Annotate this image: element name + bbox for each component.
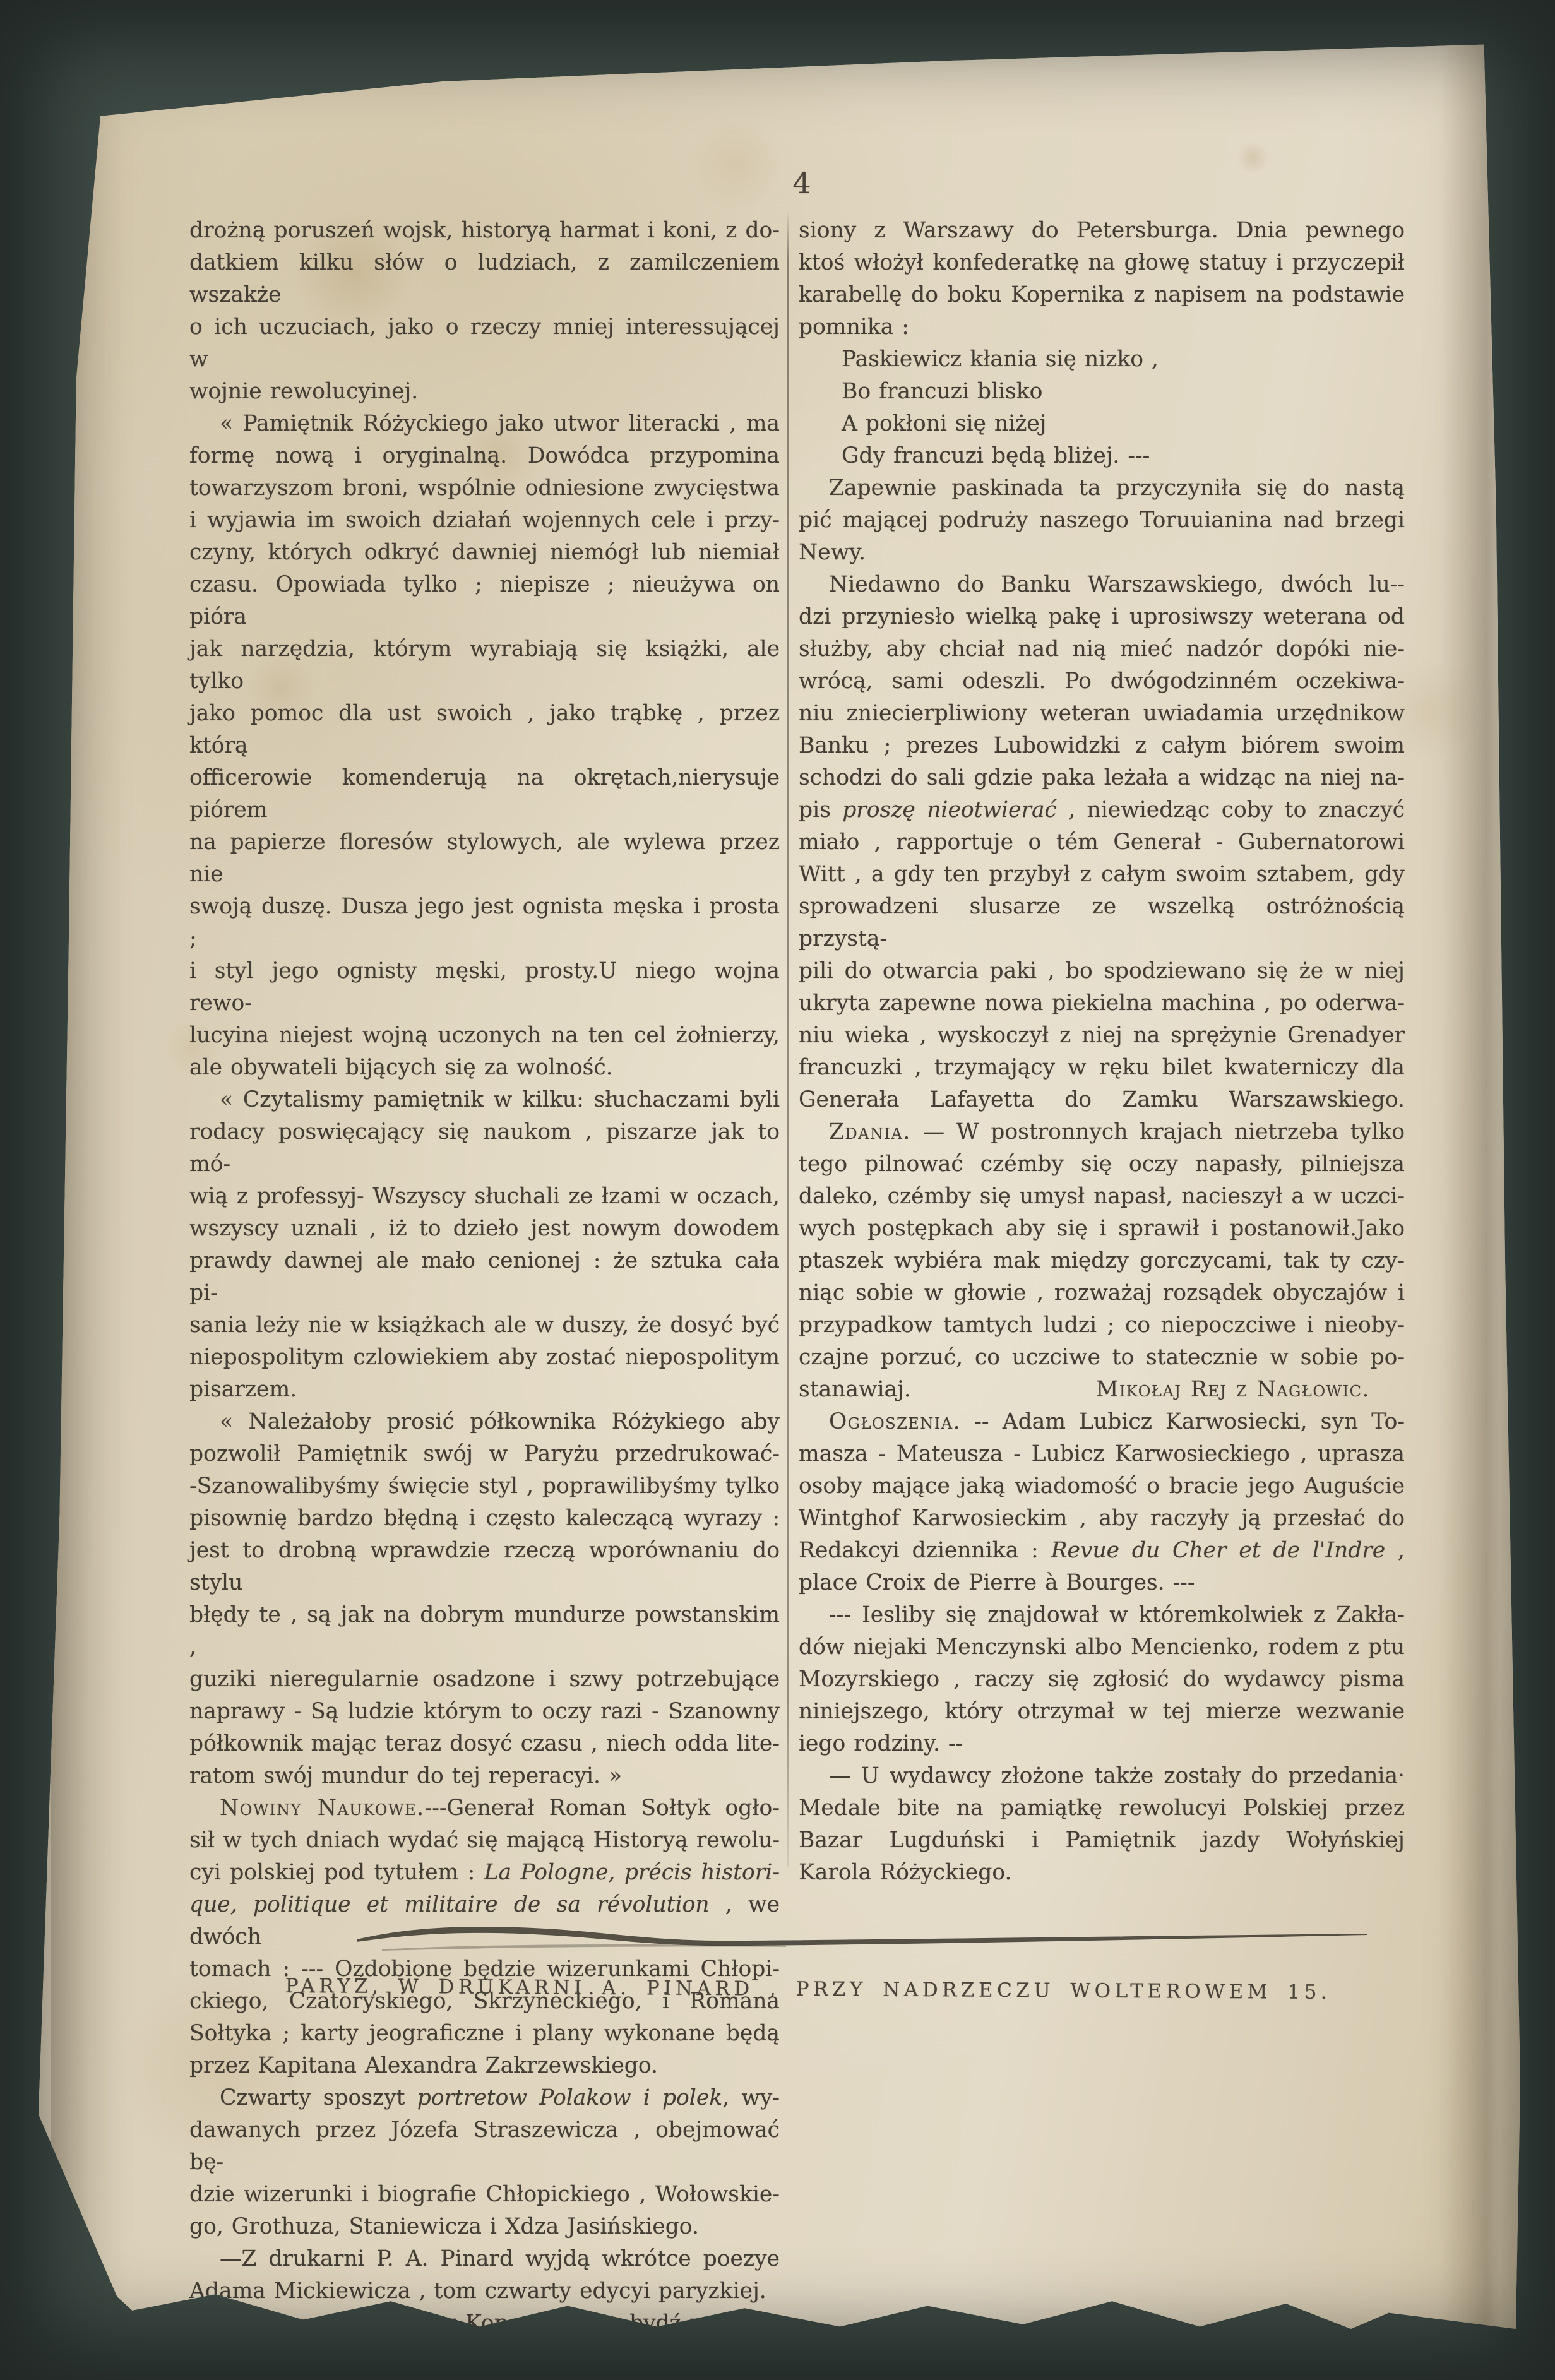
text-line: czasu. Opowiada tylko ; niepisze ; nieuż… [189, 569, 780, 633]
text-line: jako pomoc dla ust swoich , jako trąbkę … [189, 698, 780, 762]
text-line: pomnika : [799, 311, 1405, 343]
text-line: niniejszego, który otrzymał w tej mierze… [799, 1696, 1405, 1728]
text-line: iego rodziny. -- [799, 1728, 1405, 1760]
paper-left-edge-shadow [51, 28, 126, 2336]
text-line: Sołtyka ; karty jeograficzne i plany wyk… [189, 2018, 780, 2050]
text-line: daleko, czémby się umysł napasł, naciesz… [799, 1181, 1405, 1213]
text-line: siony z Warszawy do Petersburga. Dnia pe… [799, 215, 1405, 247]
text-line: Wintghof Karwosieckim , aby raczyły ją p… [799, 1502, 1405, 1535]
text-line: officerowie komenderują na okrętach,nier… [189, 762, 780, 826]
text-line: A pokłoni się niżej [799, 408, 1405, 440]
text-line: drożną poruszeń wojsk, historyą harmat i… [189, 215, 780, 247]
text-line: Generała Lafayetta do Zamku Warszawskieg… [799, 1084, 1405, 1116]
text-line: « Pamiętnik Różyckiego jako utwor litera… [189, 408, 780, 440]
text-line: Bo francuzi blisko [799, 376, 1405, 408]
text-line: pisownię bardzo błędną i często kalecząc… [189, 1502, 780, 1535]
paper-wrinkle-shadow [1439, 28, 1499, 2336]
text-line: francuzki , trzymający w ręku bilet kwat… [799, 1052, 1405, 1084]
newspaper-page: 4 drożną poruszeń wojsk, historyą harmat… [16, 28, 1528, 2336]
text-line: Zapewnie paskinada ta przyczyniła się do… [799, 472, 1405, 504]
page-number: 4 [777, 169, 827, 198]
text-line: « Czytalismy pamiętnik w kilku: słuchacz… [189, 1084, 780, 1116]
text-line: Paskiewicz kłania się nizko , [799, 343, 1405, 376]
text-line: naprawy - Są ludzie którym to oczy razi … [189, 1696, 780, 1728]
text-line: pozwolił Pamiętnik swój w Paryżu przedru… [189, 1438, 780, 1470]
text-line: czajne porzuć, co uczciwe to statecznie … [799, 1342, 1405, 1374]
text-line: dawanych przez Józefa Straszewicza , obe… [189, 2114, 780, 2179]
text-line: i styl jego ognisty męski, prosty.U nieg… [189, 955, 780, 1020]
text-line: Redakcyi dziennika : Revue du Cher et de… [799, 1535, 1405, 1567]
text-line: Zdania. — W postronnych krajach nietrzeb… [799, 1116, 1405, 1148]
text-line: wią z professyj- Wszyscy słuchali ze łza… [189, 1181, 780, 1213]
text-line: sprowadzeni slusarze ze wszelką ostróżno… [799, 891, 1405, 955]
text-line: sił w tych dniach wydać się mającą Histo… [189, 1824, 780, 1857]
text-line: wojnie rewolucyinej. [189, 376, 780, 408]
column-divider [787, 210, 789, 1867]
text-line: dów niejaki Menczynski albo Mencienko, r… [799, 1631, 1405, 1663]
text-line: półkownik mając teraz dosyć czasu , niec… [189, 1728, 780, 1760]
text-line: miało , rapportuje o tém Generał - Guber… [799, 826, 1405, 859]
text-line: —Z drukarni P. A. Pinard wyjdą wkrótce p… [189, 2243, 780, 2275]
text-line: swoją duszę. Dusza jego jest ognista męs… [189, 891, 780, 955]
text-line: « Należałoby prosić półkownika Różykiego… [189, 1406, 780, 1438]
text-line: czyny, których odkryć dawniej niemógł lu… [189, 537, 780, 569]
text-line: place Croix de Pierre à Bourges. --- [799, 1567, 1405, 1599]
text-line: przez Kapitana Alexandra Zakrzewskiego. [189, 2050, 780, 2082]
text-line: ptaszek wybiéra mak między gorczycami, t… [799, 1245, 1405, 1277]
tapered-end-rule [344, 1913, 1392, 1957]
text-line: na papierze floresów stylowych, ale wyle… [189, 826, 780, 891]
photo-background: 4 drożną poruszeń wojsk, historyą harmat… [0, 0, 1555, 2380]
text-line: Banku ; prezes Lubowidzki z całym biórem… [799, 730, 1405, 762]
text-line: --- Iesliby się znajdował w któremkolwie… [799, 1599, 1405, 1631]
text-line: jest to drobną wprawdzie rzeczą wporówna… [189, 1535, 780, 1599]
text-line: wszyscy uznali , iż to dzieło jest nowym… [189, 1213, 780, 1245]
right-column: siony z Warszawy do Petersburga. Dnia pe… [799, 215, 1405, 1889]
text-line: Karola Różyckiego. [799, 1857, 1405, 1889]
text-line: wych postępkach aby się i sprawił i post… [799, 1213, 1405, 1245]
text-line: i wyjawia im swoich działań wojennych ce… [189, 504, 780, 537]
text-line: tego pilnować czémby się oczy napasły, p… [799, 1148, 1405, 1181]
text-line: ratom swój mundur do tej reperacyi. » [189, 1760, 780, 1792]
text-line: schodzi do sali gdzie paka leżała a widz… [799, 762, 1405, 794]
text-line: lucyina niejest wojną uczonych na ten ce… [189, 1020, 780, 1052]
text-line: prawdy dawnej ale mało cenionej : że szt… [189, 1245, 780, 1309]
text-line: Medale bite na pamiątkę rewolucyi Polski… [799, 1792, 1405, 1824]
text-line: formę nową i oryginalną. Dowódca przypom… [189, 440, 780, 472]
text-line: pis proszę nieotwierać , niewiedząc coby… [799, 794, 1405, 826]
stain-spot [688, 117, 783, 211]
text-line: Mozyrskiego , raczy się zgłosić do wydaw… [799, 1663, 1405, 1696]
text-line: Gdy francuzi będą bliżej. --- [799, 440, 1405, 472]
text-line: Rozmaitości --- Posąg Kopernika ma bydź … [189, 2307, 780, 2340]
text-line: niąc sobie w głowie , rozważaj rozsądek … [799, 1277, 1405, 1309]
text-line: towarzyszom broni, wspólnie odniesione z… [189, 472, 780, 504]
text-line: niu zniecierpliwiony weteran uwiadamia u… [799, 698, 1405, 730]
text-line: Adama Mickiewicza , tom czwarty edycyi p… [189, 2275, 780, 2307]
text-line: sania leży nie w książkach ale w duszy, … [189, 1309, 780, 1342]
text-line: -Szanowalibyśmy święcie styl , poprawili… [189, 1470, 780, 1502]
text-line: osoby mające jaką wiadomość o bracie jeg… [799, 1470, 1405, 1502]
text-line: dzi przyniesło wielką pakę i uprosiwszy … [799, 601, 1405, 633]
text-line: — U wydawcy złożone także zostały do prz… [799, 1760, 1405, 1792]
text-line: jak narzędzia, którym wyrabiają się ksią… [189, 633, 780, 698]
text-line: pić mającej podruży naszego Toruuianina … [799, 504, 1405, 537]
text-line: masza - Mateusza - Lubicz Karwosieckiego… [799, 1438, 1405, 1470]
text-line: go, Grothuza, Staniewicza i Xdza Jasińsk… [189, 2211, 780, 2243]
stain-spot [1237, 141, 1270, 174]
text-line: ktoś włożył konfederatkę na głowę statuy… [799, 247, 1405, 279]
text-line: niu wieka , wyskoczył z niej na sprężyni… [799, 1020, 1405, 1052]
text-line: służby, aby chciał nad nią mieć nadzór d… [799, 633, 1405, 665]
text-line: Czwarty sposzyt portretow Polakow i pole… [189, 2082, 780, 2114]
text-line: Witt , a gdy ten przybył z całym swoim s… [799, 859, 1405, 891]
text-line: dzie wizerunki i biografie Chłopickiego … [189, 2179, 780, 2211]
text-line: datkiem kilku słów o ludziach, z zamilcz… [189, 247, 780, 311]
left-column: drożną poruszeń wojsk, historyą harmat i… [189, 215, 780, 2340]
text-line: wrócą, sami odeszli. Po dwógodzinném ocz… [799, 665, 1405, 698]
text-line: ukryta zapewne nowa piekielna machina , … [799, 987, 1405, 1020]
text-line: o ich uczuciach, jako o rzeczy mniej int… [189, 311, 780, 376]
text-line: guziki nieregularnie osadzone i szwy pot… [189, 1663, 780, 1696]
text-line: pili do otwarcia paki , bo spodziewano s… [799, 955, 1405, 987]
text-line: Newy. [799, 537, 1405, 569]
text-line: niepospolitym czlowiekiem aby zostać nie… [189, 1342, 780, 1374]
text-line: przypadkow tamtych ludzi ; co niepoczciw… [799, 1309, 1405, 1342]
text-line: rodacy poswięcający się naukom , piszarz… [189, 1116, 780, 1181]
text-line: Nowiny Naukowe.---Generał Roman Sołtyk o… [189, 1792, 780, 1824]
text-line: Ogłoszenia. -- Adam Lubicz Karwosiecki, … [799, 1406, 1405, 1438]
text-line: karabellę do boku Kopernika z napisem na… [799, 279, 1405, 311]
text-line: stanawiaj.Mikołaj Rej z Nagłowic. [799, 1374, 1405, 1406]
text-line: Niedawno do Banku Warszawskiego, dwóch l… [799, 569, 1405, 601]
text-line: pisarzem. [189, 1374, 780, 1406]
text-line: cyi polskiej pod tytułem : La Pologne, p… [189, 1857, 780, 1889]
text-line: ale obywateli bijących się za wolność. [189, 1052, 780, 1084]
text-line: Bazar Lugduński i Pamiętnik jazdy Wołyńs… [799, 1824, 1405, 1857]
text-line: błędy te , są jak na dobrym mundurze pow… [189, 1599, 780, 1663]
